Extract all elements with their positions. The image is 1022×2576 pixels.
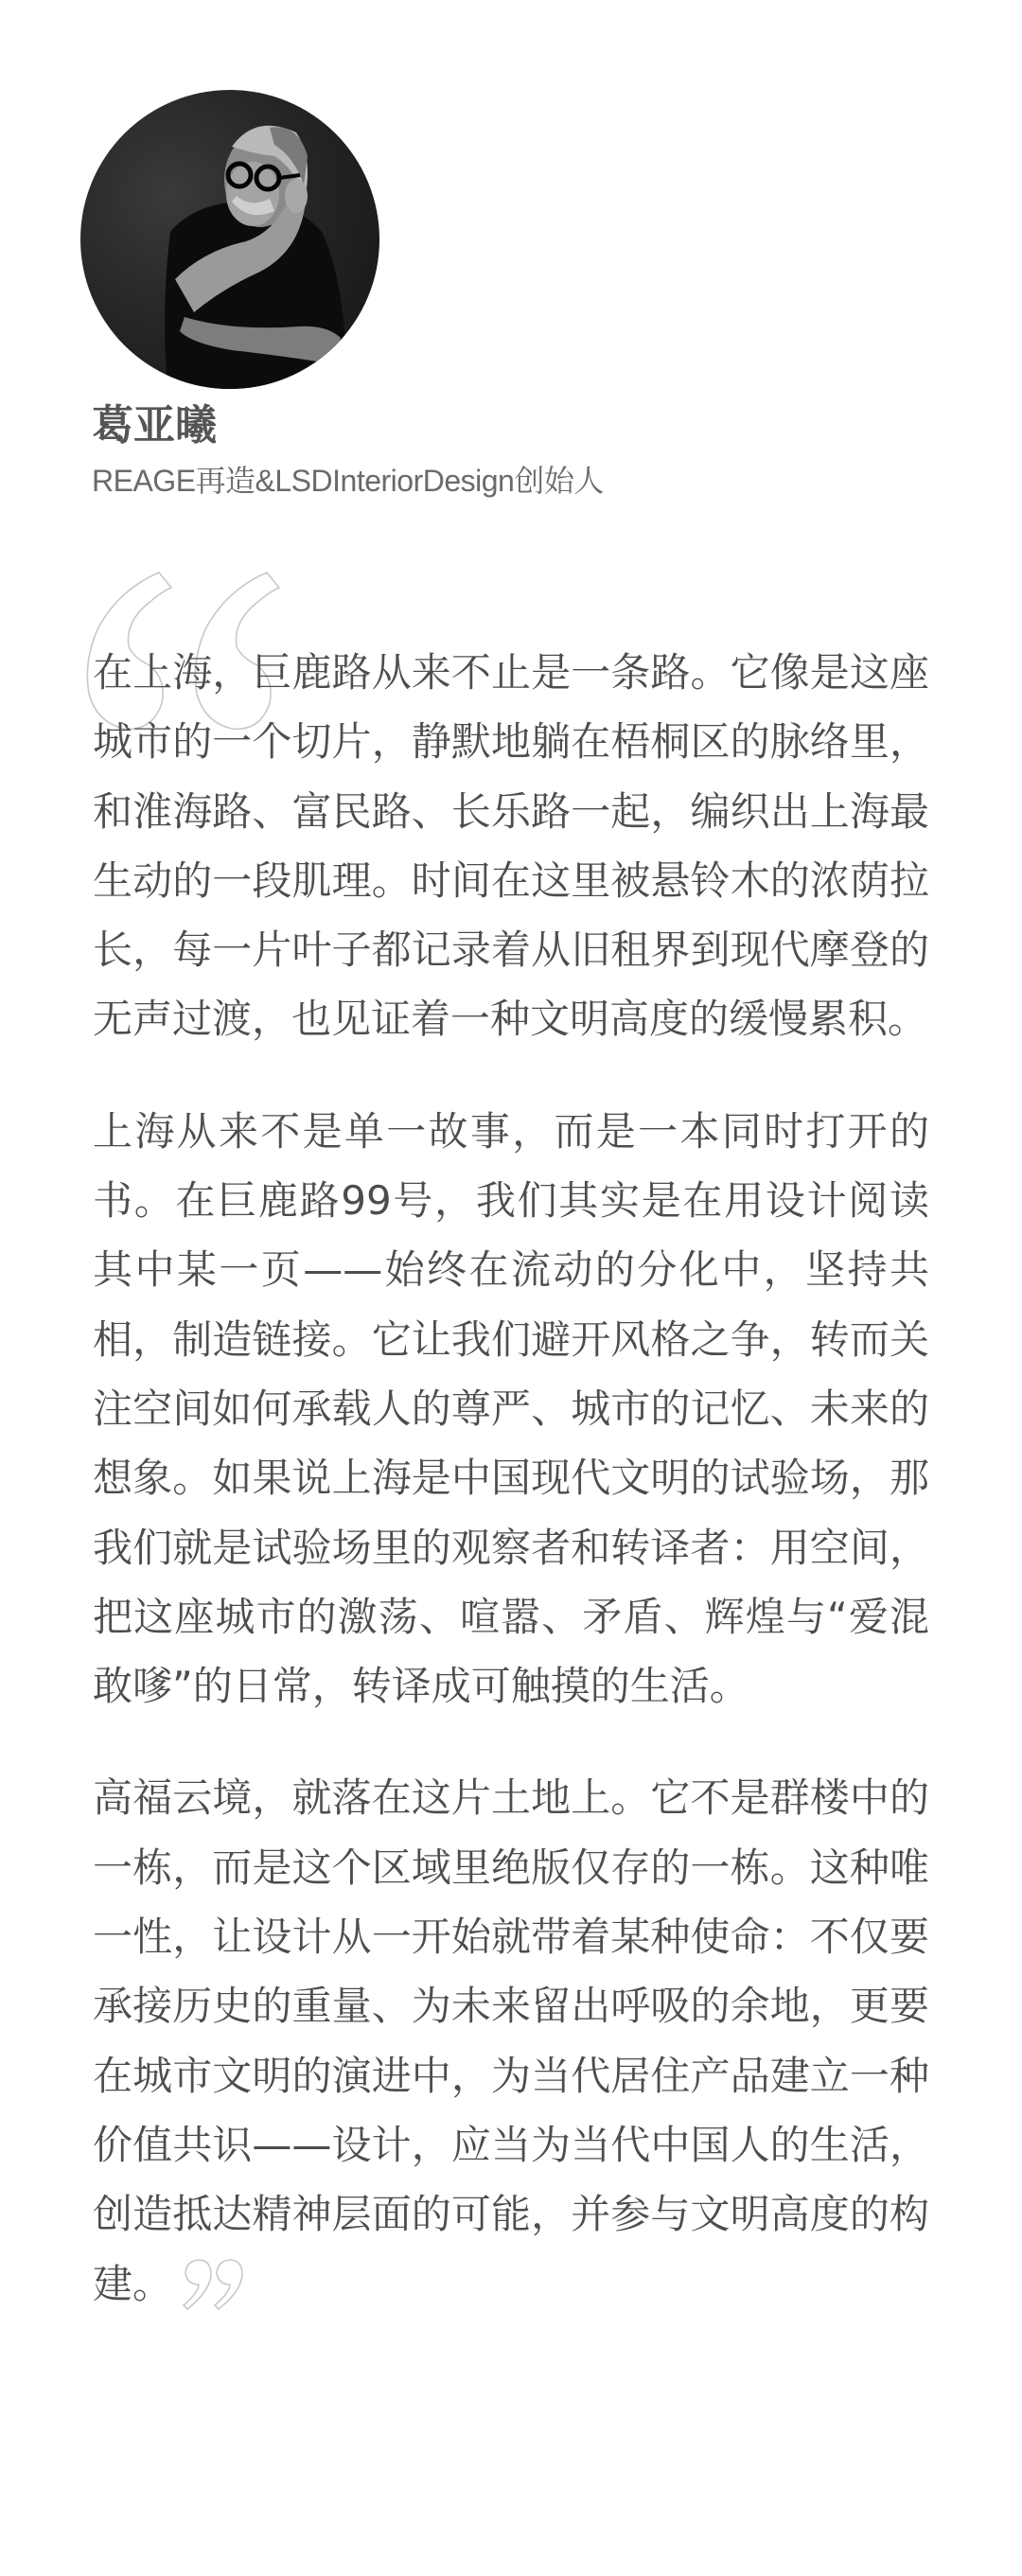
author-title: REAGE再造&LSDInteriorDesign创始人 [92,462,604,500]
paragraph-3-text: 高福云境，就落在这片土地上。它不是群楼中的一栋，而是这个区域里绝版仅存的一栋。这… [93,1774,929,2306]
avatar [80,90,379,389]
author-name: 葛亚曦 [92,397,217,454]
close-quote-icon [180,2258,244,2311]
paragraph-2: 上海从来不是单一故事，而是一本同时打开的书。在巨鹿路99号，我们其实是在用设计阅… [93,1097,929,1721]
paragraph-1: 在上海，巨鹿路从来不止是一条路。它像是这座城市的一个切片，静默地躺在梧桐区的脉络… [93,638,929,1054]
portrait-image [80,90,379,389]
article-body: 在上海，巨鹿路从来不止是一条路。它像是这座城市的一个切片，静默地躺在梧桐区的脉络… [93,638,929,2319]
paragraph-3: 高福云境，就落在这片土地上。它不是群楼中的一栋，而是这个区域里绝版仅存的一栋。这… [93,1763,929,2318]
